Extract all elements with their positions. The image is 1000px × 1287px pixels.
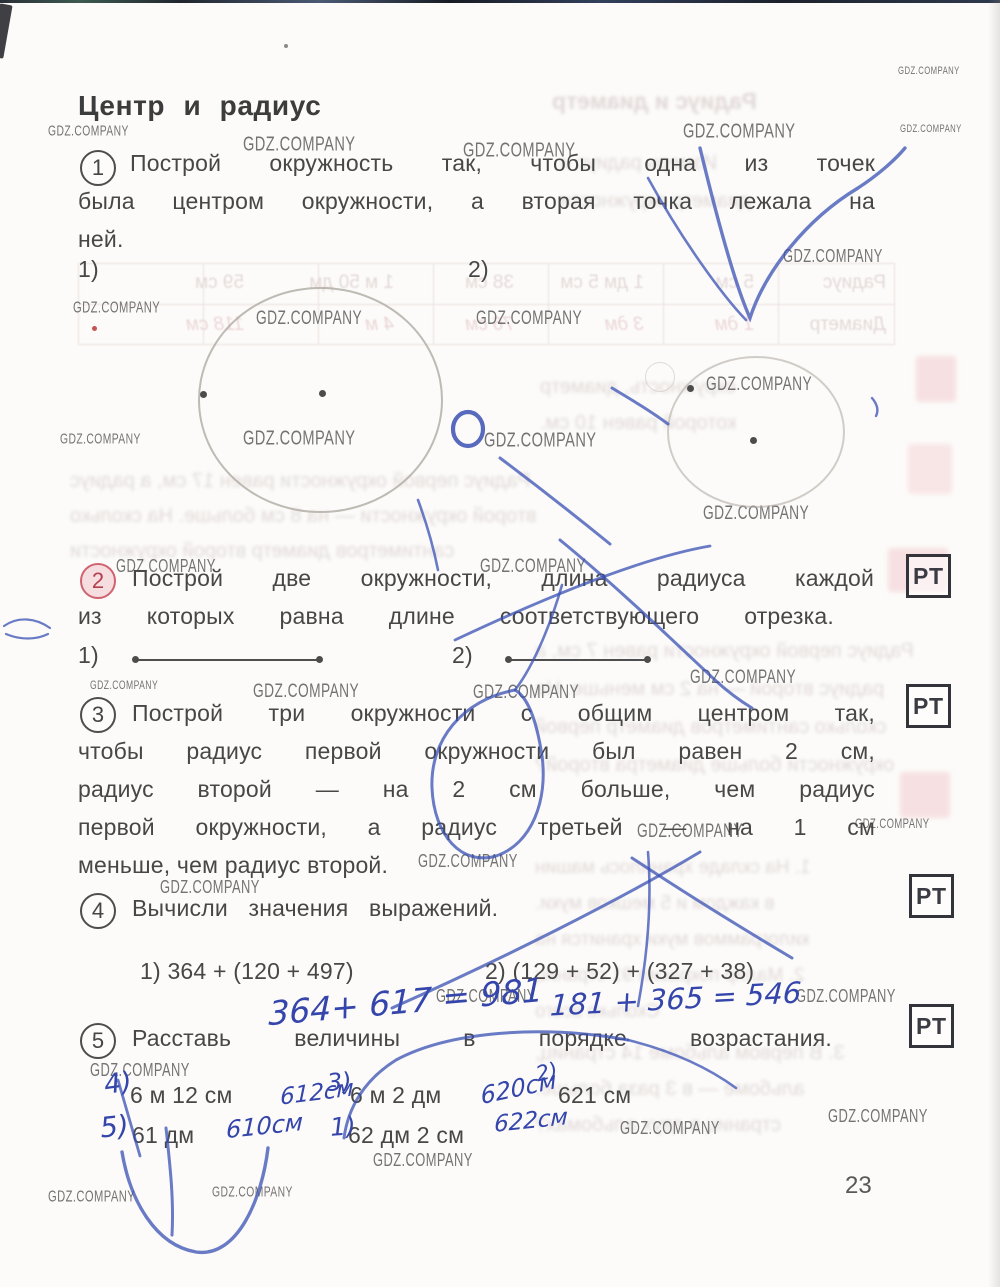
pt-badge: РТ (909, 874, 954, 918)
watermark: GDZ.COMPANY (796, 986, 896, 1007)
table-grid-line (433, 264, 434, 344)
handwritten-order-mark: 5) (98, 1109, 130, 1145)
scan-corner-shadow (0, 3, 13, 58)
value-item: 6 м 12 см (130, 1082, 232, 1109)
watermark: GDZ.COMPANY (620, 1118, 720, 1139)
expression-1: 1) 364 + (120 + 497) (140, 958, 354, 985)
circle-1-center-point (319, 390, 326, 397)
value-item: 621 см (558, 1082, 631, 1109)
exercise-3-number: 3 (80, 697, 116, 733)
segment-2-endpoint (505, 656, 512, 663)
circle-2-edge-point (687, 385, 694, 392)
pencil-circle-1 (198, 287, 443, 513)
table-cell: 3 дм (605, 314, 644, 336)
watermark: GDZ.COMPANY (373, 1150, 473, 1171)
table-cell: 1 дм (715, 314, 754, 336)
exercise-5-text: Расставь величины в порядке возрастания. (132, 1025, 832, 1052)
exercise-1-text: Построй окружность так, чтобы одна из то… (130, 150, 875, 177)
watermark: GDZ.COMPANY (476, 308, 582, 330)
circle-1-edge-point (200, 391, 207, 398)
watermark: GDZ.COMPANY (898, 64, 960, 76)
watermark: GDZ.COMPANY (418, 851, 518, 872)
exercise-2-number: 2 (80, 563, 116, 599)
table-grid-line (79, 304, 894, 305)
watermark: GDZ.COMPANY (73, 298, 160, 316)
watermark: GDZ.COMPANY (60, 430, 141, 447)
exercise-1-text: ней. (78, 226, 124, 253)
pt-badge: РТ (906, 554, 951, 598)
pen-stroke (872, 398, 877, 416)
value-item: 61 дм (132, 1122, 194, 1149)
bleed-through-text: 1. На складе хранилось машин (535, 857, 811, 879)
watermark: GDZ.COMPANY (212, 1183, 293, 1200)
page-title: Центр и радиус (78, 90, 321, 122)
exercise-2-text: Построй две окружности, длина радиуса ка… (132, 565, 874, 592)
exercise-3-text: чтобы радиус первой окружности был равен… (78, 738, 875, 765)
workbook-page: Радиус и диаметр Измерь радиус и диаметр… (0, 0, 1000, 1287)
segment-1 (135, 659, 320, 661)
watermark: GDZ.COMPANY (783, 246, 883, 267)
page-number: 23 (845, 1172, 872, 1200)
pen-stroke (6, 634, 48, 639)
watermark: GDZ.COMPANY (48, 1187, 135, 1205)
table-cell: 1 дм 5 см (560, 272, 644, 294)
table-cell: 5 см (716, 272, 754, 294)
page-edge-shading (988, 0, 1000, 1287)
watermark: GDZ.COMPANY (90, 679, 158, 692)
pen-stroke (515, 585, 562, 690)
pen-stroke (4, 619, 50, 628)
handwritten-order-mark: 3) (326, 1067, 353, 1097)
watermark: GDZ.COMPANY (484, 428, 596, 452)
table-cell: 59 см (195, 272, 244, 294)
segment-1-endpoint (316, 656, 323, 663)
scan-speck (284, 44, 288, 48)
handwritten-order-mark: 1) (329, 1111, 357, 1142)
exercise-2-part-label: 2) (452, 642, 473, 669)
exercise-1-number: 1 (80, 150, 116, 186)
exercise-2-part-label: 1) (78, 642, 99, 669)
exercise-4-text: Вычисли значения выражений. (132, 895, 498, 922)
watermark: GDZ.COMPANY (48, 122, 129, 139)
bleed-through-badge (900, 772, 950, 818)
value-item: 62 дм 2 см (348, 1122, 464, 1149)
handwritten-order-mark: 4) (102, 1066, 134, 1101)
exercise-3-text: меньше, чем радиус второй. (78, 852, 388, 879)
table-grid-line (548, 264, 549, 344)
bleed-through-header: Радиус и диаметр (552, 88, 757, 115)
table-grid-line (663, 264, 664, 344)
watermark: GDZ.COMPANY (900, 122, 962, 134)
bleed-through-badge (908, 444, 952, 494)
table-cell: Диаметр (810, 314, 886, 336)
exercise-1-text: была центром окружности, а вторая точка … (78, 188, 875, 215)
exercise-3-text: первой окружности, а радиус третьей — на… (78, 814, 875, 841)
exercise-5-number: 5 (80, 1023, 116, 1059)
segment-2 (508, 659, 648, 661)
table-grid-line (778, 264, 779, 344)
segment-2-endpoint (644, 656, 651, 663)
table-cell: Радиус (823, 272, 886, 294)
pen-stroke (122, 1148, 268, 1252)
pt-badge: РТ (909, 1004, 954, 1048)
watermark: GDZ.COMPANY (828, 1106, 928, 1127)
pencil-circle-2 (667, 356, 845, 508)
exercise-4-number: 4 (80, 893, 116, 929)
exercise-1-part-label: 2) (468, 256, 489, 283)
watermark: GDZ.COMPANY (690, 667, 796, 689)
pen-circle-doodle (453, 412, 483, 446)
scan-edge-line (0, 0, 1000, 3)
exercise-2-text: из которых равна длине соответствующего … (78, 603, 834, 630)
bleed-through-circle (645, 362, 675, 392)
pt-badge: РТ (906, 684, 951, 728)
exercise-3-text: радиус второй — на 2 см больше, чем ради… (78, 776, 875, 803)
segment-1-endpoint (132, 656, 139, 663)
watermark: GDZ.COMPANY (683, 119, 795, 143)
bleed-through-text: килограммов муки хранится на (535, 929, 809, 951)
bleed-through-badge (916, 356, 956, 402)
bleed-through-text: в каждом и 5 мешков муки. (535, 893, 774, 915)
exercise-3-text: Построй три окружности с общим центром т… (132, 700, 875, 727)
handwritten-conversion: 610см (226, 1108, 304, 1144)
value-item: 6 м 2 дм (350, 1082, 441, 1109)
exercise-1-part-label: 1) (78, 256, 99, 283)
circle-2-center-point (750, 437, 757, 444)
